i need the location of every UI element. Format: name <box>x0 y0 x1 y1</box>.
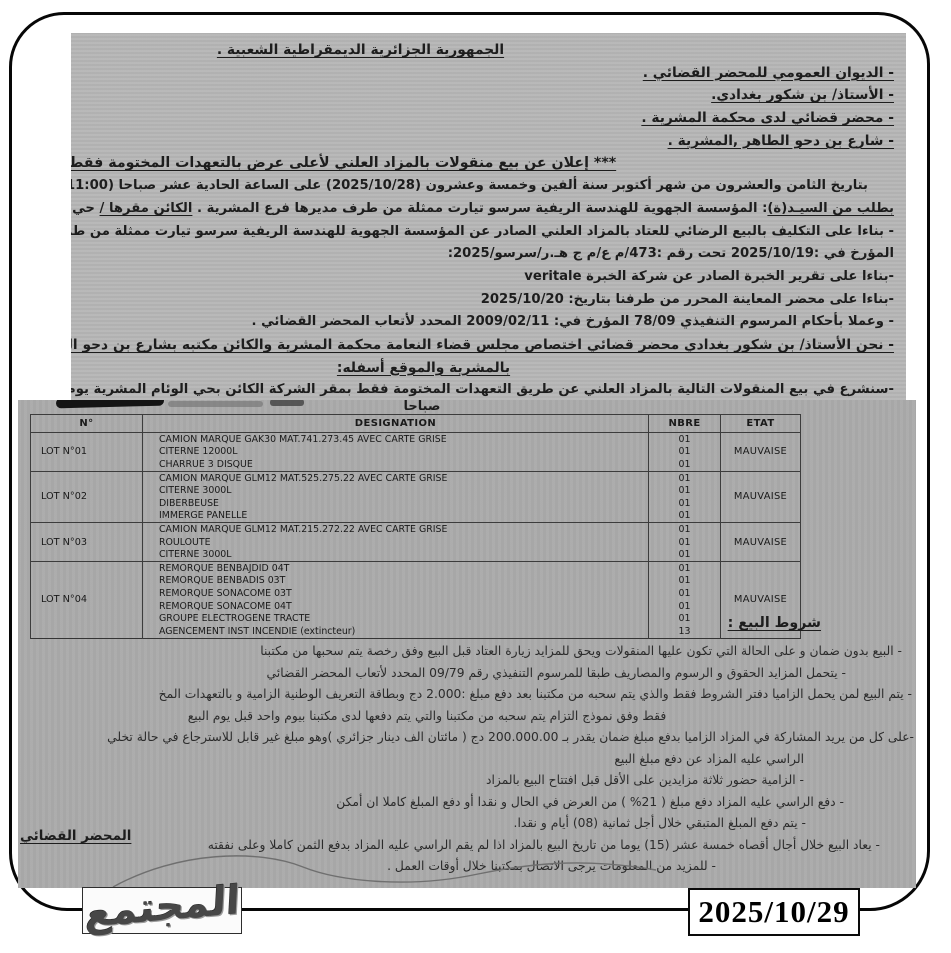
lots-table: N°DESIGNATIONNBREETAT LOT N°01CAMION MAR… <box>30 414 801 639</box>
condition-line-2: - يتحمل المزايد الحقوق و الرسوم والمصاري… <box>18 663 846 685</box>
etat-cell: MAUVAISE <box>721 433 801 472</box>
table-row: DIBERBEUSE01 <box>31 497 801 510</box>
announcement-line-6: *** إعلان عن بيع منقولات بالمزاد العلني … <box>71 152 741 175</box>
nbre-cell: 01 <box>649 510 721 523</box>
nbre-cell: 01 <box>649 523 721 536</box>
column-header: DESIGNATION <box>143 415 649 433</box>
announcement-line-8: بطلب من السيـد(ة): المؤسسة الجهوية للهند… <box>77 198 894 221</box>
text-segment: بتاريخ الثامن والعشرون من شهر أكتوبر سنة… <box>71 178 868 193</box>
announcement-line-10: المؤرخ في :2025/10/19 تحت رقم :473/م ع/م… <box>77 243 894 266</box>
announcement-line-1: الجمهورية الجزائرية الديمقراطية الشعبية … <box>71 39 769 62</box>
column-header: ETAT <box>721 415 801 433</box>
sale-conditions-title: شروط البيع : <box>18 615 821 635</box>
designation-cell: CITERNE 3000L <box>143 484 649 497</box>
nbre-cell: 01 <box>649 433 721 446</box>
text-segment: المؤرخ في :2025/10/19 تحت رقم :473/م ع/م… <box>448 246 894 261</box>
publication-date-box: 2025/10/29 <box>688 888 860 936</box>
text-segment: - شارع بن دحو الطاهر ,المشرية . <box>668 133 894 149</box>
publication-date: 2025/10/29 <box>698 894 849 930</box>
condition-line-7: - الزامية حضور ثلاثة مزايدين على الأقل ق… <box>18 770 804 792</box>
table-row: CITERNE 12000L01 <box>31 446 801 459</box>
condition-line-4: فقط وفق نموذج التزام يتم سحبه من مكتبنا … <box>18 706 876 728</box>
text-segment: - وعملا بأحكام المرسوم التنفيذي 78/09 ال… <box>251 314 894 329</box>
redaction-mark-small <box>270 400 304 406</box>
announcement-line-12: -بناءا على محضر المعاينة المحرر من طرفنا… <box>77 289 894 312</box>
table-row: CHARRUE 3 DISQUE01 <box>31 458 801 471</box>
designation-cell: REMORQUE BENBAJDID 04T <box>143 561 649 574</box>
condition-line-9: - يتم دفع المبلغ المتبقي خلال أجل ثمانية… <box>18 813 806 835</box>
condition-line-6: الراسي عليه المزاد عن دفع مبلغ البيع <box>18 749 804 771</box>
designation-cell: IMMERGE PANELLE <box>143 510 649 523</box>
announcement-line-13: - وعملا بأحكام المرسوم التنفيذي 78/09 ال… <box>77 311 894 334</box>
condition-line-8: - دفع الراسي عليه المزاد دفع مبلغ ( 21% … <box>18 792 844 814</box>
table-row: LOT N°02CAMION MARQUE GLM12 MAT.525.275.… <box>31 471 801 484</box>
announcement-line-11: -بناءا على تقرير الخبرة الصادر عن شركة ا… <box>77 266 894 289</box>
text-segment: - بناءا على التكليف بالبيع الرضائي للعتا… <box>71 224 894 239</box>
table-row: LOT N°04REMORQUE BENBAJDID 04T01MAUVAISE <box>31 561 801 574</box>
designation-cell: CITERNE 12000L <box>143 446 649 459</box>
text-segment: -سنشرع في بيع المنقولات التالية بالمزاد … <box>71 382 894 397</box>
announcement-line-7: بتاريخ الثامن والعشرون من شهر أكتوبر سنة… <box>77 175 868 198</box>
text-segment: بالمشرية والموقع أسفله: <box>337 360 510 376</box>
table-row: REMORQUE SONACOME 04T01 <box>31 600 801 613</box>
lot-number-cell: LOT N°03 <box>31 523 143 562</box>
designation-cell: REMORQUE SONACOME 03T <box>143 587 649 600</box>
text-segment: - محضر قضائي لدى محكمة المشرية . <box>641 110 894 126</box>
nbre-cell: 01 <box>649 548 721 561</box>
judicial-officer-signature-label: المحضر القضائي <box>20 828 131 844</box>
nbre-cell: 01 <box>649 536 721 549</box>
lot-number-cell: LOT N°01 <box>31 433 143 472</box>
nbre-cell: 01 <box>649 575 721 588</box>
condition-line-3: - يتم البيع لمن يحمل الزاميا دفتر الشروط… <box>18 684 912 706</box>
redaction-mark-faint <box>168 401 263 407</box>
text-segment: *** إعلان عن بيع منقولات بالمزاد العلني … <box>71 155 616 171</box>
designation-cell: CITERNE 3000L <box>143 548 649 561</box>
text-segment: -بناءا على محضر المعاينة المحرر من طرفنا… <box>481 292 894 307</box>
designation-cell: ROULOUTE <box>143 536 649 549</box>
table-row: IMMERGE PANELLE01 <box>31 510 801 523</box>
table-row: CITERNE 3000L01 <box>31 548 801 561</box>
sale-conditions: شروط البيع : - البيع بدون ضمان و على الح… <box>18 615 916 878</box>
designation-cell: CAMION MARQUE GLM12 MAT.215.272.22 AVEC … <box>143 523 649 536</box>
designation-cell: REMORQUE BENBADIS 03T <box>143 575 649 588</box>
announcement-line-2: - الديوان العمومي للمحضر القضائي . <box>77 62 894 85</box>
text-segment: - الأستاذ/ بن شكور بغدادي. <box>711 87 894 103</box>
details-section: صباحا N°DESIGNATIONNBREETAT LOT N°01CAMI… <box>18 400 916 888</box>
scanned-auction-notice-page: الجمهورية الجزائرية الديمقراطية الشعبية … <box>0 0 951 953</box>
designation-cell: CAMION MARQUE GAK30 MAT.741.273.45 AVEC … <box>143 433 649 446</box>
announcement-line-5: - شارع بن دحو الطاهر ,المشرية . <box>77 130 894 153</box>
text-segment: : المؤسسة الجهوية للهندسة الريفية سرسو ت… <box>192 201 767 216</box>
nbre-cell: 01 <box>649 497 721 510</box>
nbre-cell: 01 <box>649 484 721 497</box>
lots-table-header: N°DESIGNATIONNBREETAT <box>31 415 801 433</box>
column-header: N° <box>31 415 143 433</box>
table-row: REMORQUE BENBADIS 03T01 <box>31 575 801 588</box>
condition-line-5: -على كل من يريد المشاركة في المزاد الزام… <box>18 727 914 749</box>
nbre-cell: 01 <box>649 561 721 574</box>
nbre-cell: 01 <box>649 446 721 459</box>
table-row: ROULOUTE01 <box>31 536 801 549</box>
text-segment: حي الوئام بالمشرية . <box>71 201 100 216</box>
announcement-line-4: - محضر قضائي لدى محكمة المشرية . <box>77 107 894 130</box>
etat-cell: MAUVAISE <box>721 471 801 522</box>
announcement-line-14: - نحن الأستاذ/ بن شكور بغدادي محضر قضائي… <box>77 334 894 357</box>
table-row: LOT N°03CAMION MARQUE GLM12 MAT.215.272.… <box>31 523 801 536</box>
nbre-cell: 01 <box>649 600 721 613</box>
newspaper-logo: المجتمع <box>84 884 240 930</box>
designation-cell: DIBERBEUSE <box>143 497 649 510</box>
designation-cell: CHARRUE 3 DISQUE <box>143 458 649 471</box>
table-header-row: N°DESIGNATIONNBREETAT <box>31 415 801 433</box>
announcement-lines: الجمهورية الجزائرية الديمقراطية الشعبية … <box>77 39 894 400</box>
nbre-cell: 01 <box>649 587 721 600</box>
announcement-section: الجمهورية الجزائرية الديمقراطية الشعبية … <box>71 33 906 400</box>
announcement-line-3: - الأستاذ/ بن شكور بغدادي. <box>77 84 894 107</box>
text-segment: -بناءا على تقرير الخبرة الصادر عن شركة ا… <box>524 269 894 284</box>
lot-number-cell: LOT N°02 <box>31 471 143 522</box>
nbre-cell: 01 <box>649 458 721 471</box>
designation-cell: REMORQUE SONACOME 04T <box>143 600 649 613</box>
etat-cell: MAUVAISE <box>721 523 801 562</box>
column-header: NBRE <box>649 415 721 433</box>
announcement-line-9: - بناءا على التكليف بالبيع الرضائي للعتا… <box>77 221 894 244</box>
nbre-cell: 01 <box>649 471 721 484</box>
table-row: CITERNE 3000L01 <box>31 484 801 497</box>
announcement-line-15: بالمشرية والموقع أسفله: <box>71 357 832 380</box>
text-segment: بطلب من السيـد(ة) <box>767 201 894 216</box>
newspaper-logo-box: المجتمع <box>82 887 242 934</box>
text-segment: الكائن مقرها / <box>100 201 193 216</box>
announcement-line-16: -سنشرع في بيع المنقولات التالية بالمزاد … <box>77 379 894 400</box>
text-segment: الجمهورية الجزائرية الديمقراطية الشعبية … <box>217 42 504 58</box>
designation-cell: CAMION MARQUE GLM12 MAT.525.275.22 AVEC … <box>143 471 649 484</box>
text-segment: - الديوان العمومي للمحضر القضائي . <box>643 65 894 81</box>
table-row: LOT N°01CAMION MARQUE GAK30 MAT.741.273.… <box>31 433 801 446</box>
text-segment: - نحن الأستاذ/ بن شكور بغدادي محضر قضائي… <box>71 337 894 353</box>
condition-line-1: - البيع بدون ضمان و على الحالة التي تكون… <box>18 641 902 663</box>
lots-table-body: LOT N°01CAMION MARQUE GAK30 MAT.741.273.… <box>31 433 801 639</box>
table-row: REMORQUE SONACOME 03T01 <box>31 587 801 600</box>
